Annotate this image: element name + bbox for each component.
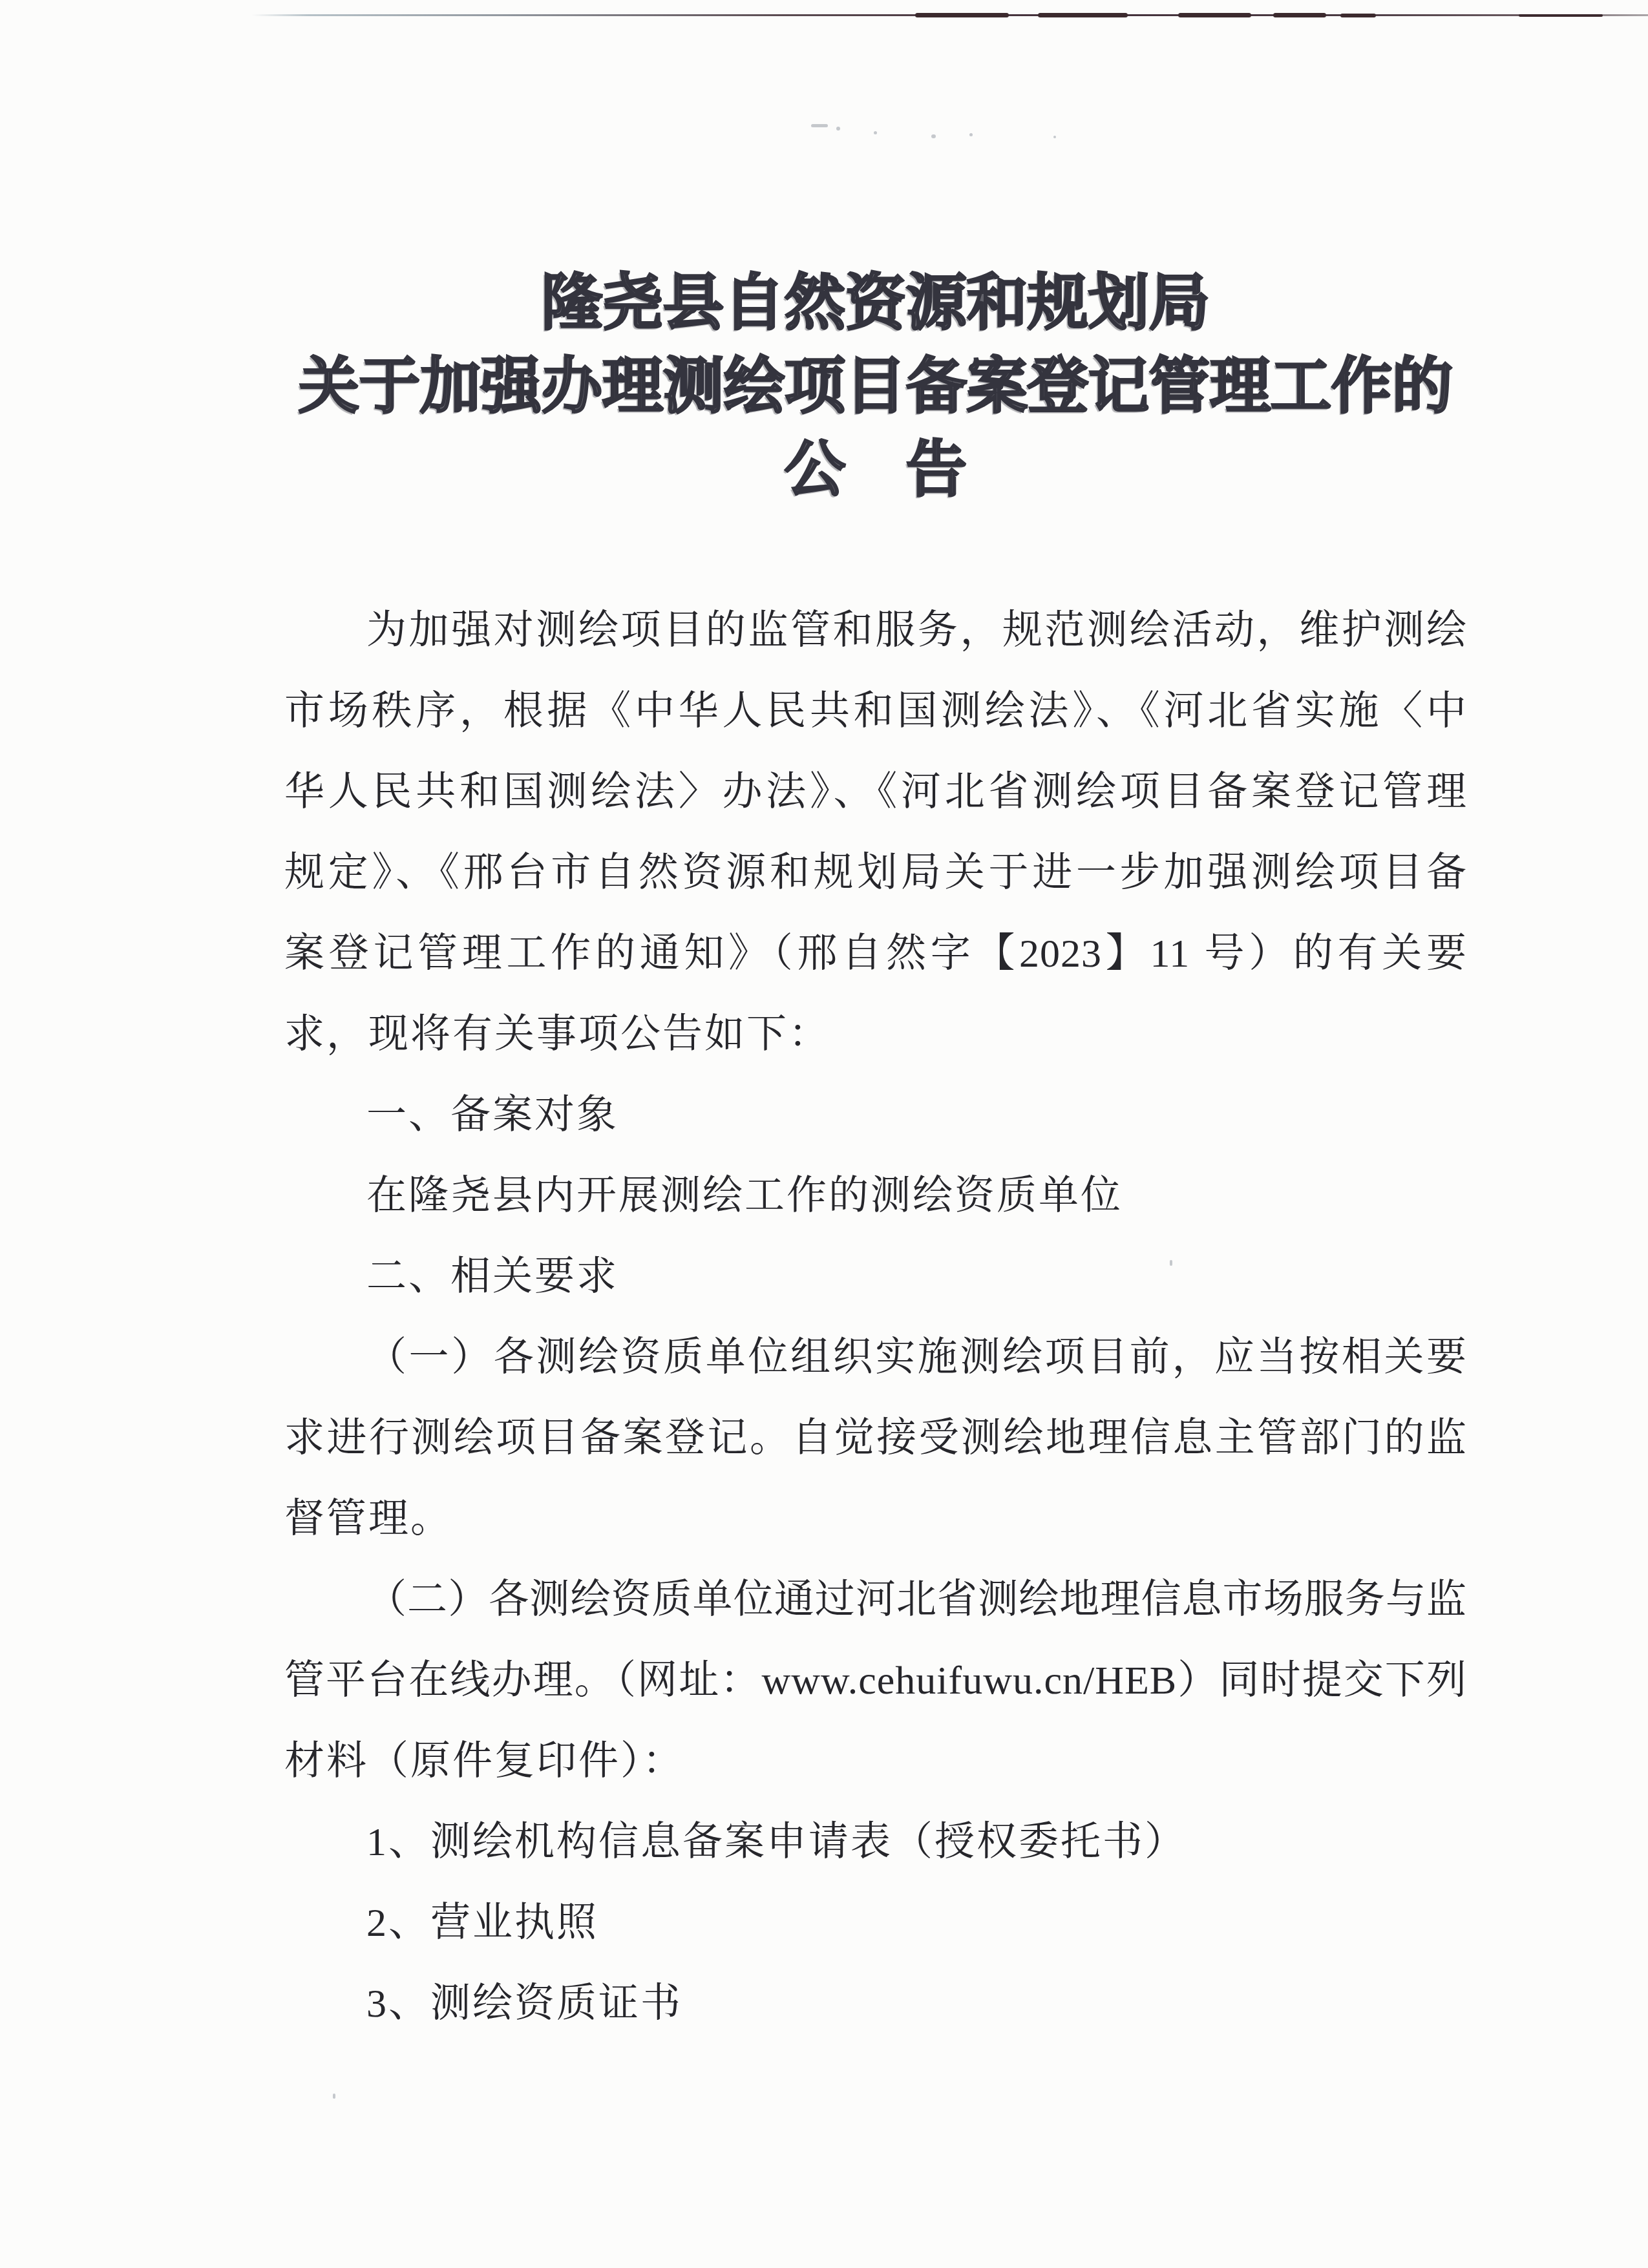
scan-artifact-segment <box>915 13 1009 17</box>
scan-speck <box>811 124 828 127</box>
body-line-18: 3、测绘资质证书 <box>284 1964 1467 2044</box>
scan-artifact-segment <box>1273 13 1326 17</box>
body-line-14: 管平台在线办理。（网址：www.cehuifuwu.cn/HEB）同时提交下列 <box>284 1641 1467 1721</box>
document-title: 隆尧县自然资源和规划局 关于加强办理测绘项目备案登记管理工作的 公 告 <box>284 262 1467 512</box>
scan-speck <box>874 131 877 134</box>
scan-speck <box>969 133 973 136</box>
title-line-2: 关于加强办理测绘项目备案登记管理工作的 <box>284 346 1467 429</box>
body-line-2: 市场秩序，根据《中华人民共和国测绘法》、《河北省实施〈中 <box>284 671 1467 752</box>
body-line-13: （二）各测绘资质单位通过河北省测绘地理信息市场服务与监 <box>284 1560 1467 1641</box>
scan-artifact-segment <box>1178 13 1251 17</box>
scan-speck <box>333 2094 335 2099</box>
scan-artifact-segment <box>1519 14 1603 17</box>
title-line-1: 隆尧县自然资源和规划局 <box>284 262 1467 346</box>
scan-speck <box>1053 136 1056 138</box>
scan-speck <box>836 127 840 131</box>
scan-speck <box>931 134 936 138</box>
body-line-15: 材料（原件复印件）： <box>284 1721 1467 1802</box>
body-line-7: 一、备案对象 <box>284 1075 1467 1156</box>
body-line-9: 二、相关要求 <box>284 1237 1467 1318</box>
body-line-5: 案登记管理工作的通知》（邢自然字【2023】11 号）的有关要 <box>284 914 1467 994</box>
body-line-16: 1、测绘机构信息备案申请表（授权委托书） <box>284 1802 1467 1883</box>
body-line-3: 华人民共和国测绘法〉办法》、《河北省测绘项目备案登记管理 <box>284 752 1467 833</box>
document-page: 隆尧县自然资源和规划局 关于加强办理测绘项目备案登记管理工作的 公 告 为加强对… <box>0 0 1648 2268</box>
document-body: 为加强对测绘项目的监管和服务，规范测绘活动，维护测绘市场秩序，根据《中华人民共和… <box>284 591 1467 2044</box>
body-line-6: 求，现将有关事项公告如下： <box>284 994 1467 1075</box>
scan-artifact-segment <box>1038 13 1128 17</box>
title-line-3: 公 告 <box>284 429 1467 512</box>
body-line-12: 督管理。 <box>284 1479 1467 1560</box>
body-line-10: （一）各测绘资质单位组织实施测绘项目前，应当按相关要 <box>284 1318 1467 1398</box>
body-line-17: 2、营业执照 <box>284 1883 1467 1964</box>
scan-artifact-segment <box>1340 14 1376 17</box>
body-line-4: 规定》、《邢台市自然资源和规划局关于进一步加强测绘项目备 <box>284 833 1467 914</box>
body-line-8: 在隆尧县内开展测绘工作的测绘资质单位 <box>284 1156 1467 1237</box>
scan-artifact-line <box>252 12 1648 19</box>
body-line-11: 求进行测绘项目备案登记。自觉接受测绘地理信息主管部门的监 <box>284 1398 1467 1479</box>
body-line-1: 为加强对测绘项目的监管和服务，规范测绘活动，维护测绘 <box>284 591 1467 671</box>
